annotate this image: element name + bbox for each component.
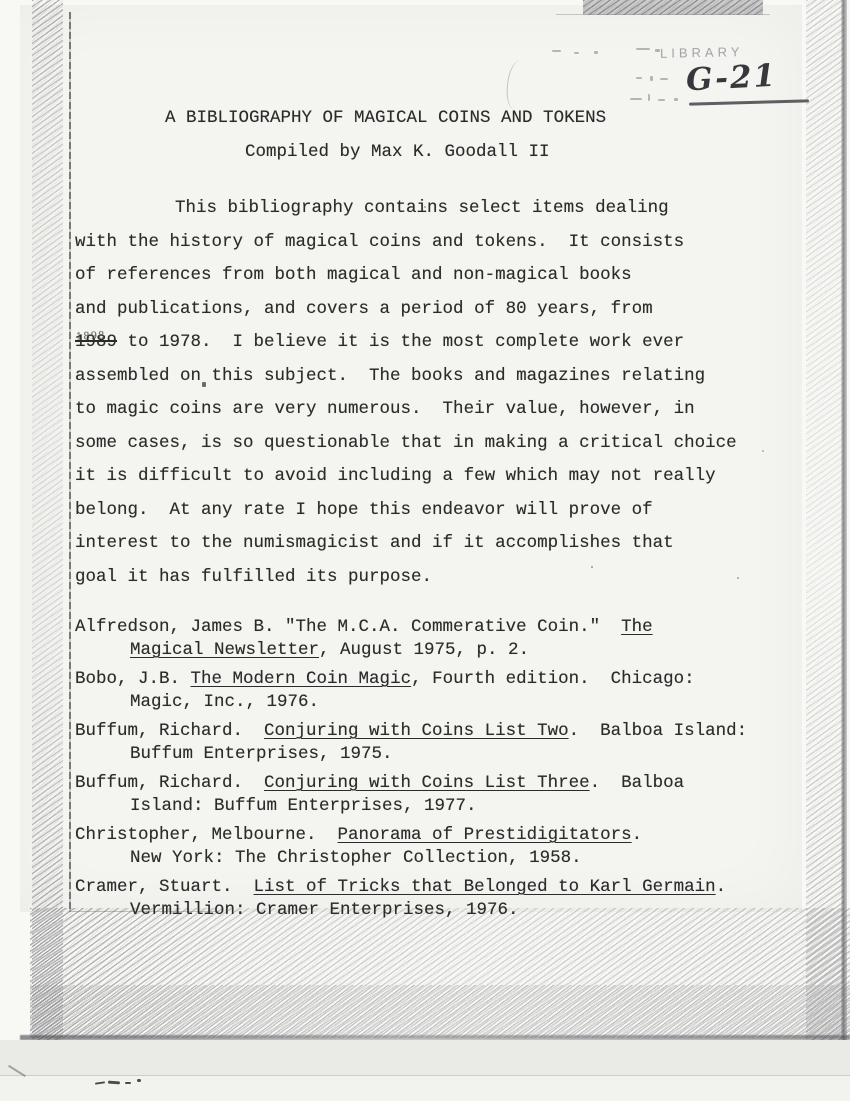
entry-first-line: Alfredson, James B. "The M.C.A. Commerat… [75, 616, 747, 639]
hatch-bottom-dark [30, 985, 850, 1038]
typed-text: , Fourth edition. Chicago: [411, 669, 695, 689]
intro-paragraph: This bibliography contains select items … [75, 192, 747, 594]
bibliography-list: Alfredson, James B. "The M.C.A. Commerat… [75, 616, 747, 922]
typed-text: . [716, 877, 727, 897]
right-edge-line [841, 0, 847, 1043]
underlined-title-text: The Modern Coin Magic [191, 669, 412, 689]
library-stamp-text: LIBRARY [660, 44, 744, 61]
scan-artifact-line [556, 14, 770, 15]
typed-text: belong. At any rate I hope this endeavor… [75, 500, 653, 520]
entry-continuation-line: Island: Buffum Enterprises, 1977. [75, 795, 747, 818]
underlined-title-text: List of Tricks that Belonged to Karl Ger… [254, 877, 716, 897]
underlined-title-text: Magical Newsletter [130, 640, 319, 660]
typed-text: , August 1975, p. 2. [319, 640, 529, 660]
scanned-page: LIBRARY G-21 A BIBLIOGRAPHY OF MAGICAL C… [0, 0, 850, 1101]
entry-continuation-line: Buffum Enterprises, 1975. [75, 743, 747, 766]
bib-entry: Buffum, Richard. Conjuring with Coins Li… [75, 720, 747, 766]
typed-text: Alfredson, James B. "The M.C.A. Commerat… [75, 617, 621, 637]
typed-text: of references from both magical and non-… [75, 265, 632, 285]
document-content: A BIBLIOGRAPHY OF MAGICAL COINS AND TOKE… [75, 108, 747, 928]
typed-text: . [632, 825, 643, 845]
typed-text: Buffum Enterprises, 1975. [130, 744, 393, 764]
underlined-title-text: Conjuring with Coins List Three [264, 773, 590, 793]
typed-text: interest to the numismagicist and if it … [75, 533, 674, 553]
page-crease-line [69, 12, 71, 912]
typed-text: Buffum, Richard. [75, 721, 264, 741]
compiler-line: Compiled by Max K. Goodall II [75, 142, 747, 162]
bib-entry: Alfredson, James B. "The M.C.A. Commerat… [75, 616, 747, 662]
call-number: G-21 [685, 58, 778, 99]
page-title: A BIBLIOGRAPHY OF MAGICAL COINS AND TOKE… [75, 108, 747, 128]
entry-continuation-line: Magic, Inc., 1976. [75, 691, 747, 714]
typed-text: Bobo, J.B. [75, 669, 191, 689]
entry-first-line: Cramer, Stuart. List of Tricks that Belo… [75, 876, 747, 899]
typed-text: to magic coins are very numerous. Their … [75, 399, 695, 419]
intro-line: goal it has fulfilled its purpose. [75, 561, 747, 595]
typed-text: Cramer, Stuart. [75, 877, 254, 897]
typed-text: . Balboa [590, 773, 685, 793]
typed-text: Vermillion: Cramer Enterprises, 1976. [130, 900, 519, 920]
intro-line: some cases, is so questionable that in m… [75, 427, 747, 461]
entry-first-line: Buffum, Richard. Conjuring with Coins Li… [75, 772, 747, 795]
intro-line: and publications, and covers a period of… [75, 293, 747, 327]
underlined-title-text: The [621, 617, 653, 637]
intro-line: of references from both magical and non-… [75, 259, 747, 293]
entry-continuation-line: Magical Newsletter, August 1975, p. 2. [75, 639, 747, 662]
bib-entry: Christopher, Melbourne. Panorama of Pres… [75, 824, 747, 870]
intro-line: with the history of magical coins and to… [75, 226, 747, 260]
handwritten-correction: 1898 [75, 319, 106, 354]
typed-text: with the history of magical coins and to… [75, 232, 684, 252]
hatch-top-patch [583, 0, 763, 15]
intro-line: assembled on this subject. The books and… [75, 360, 747, 394]
intro-line: This bibliography contains select items … [75, 192, 747, 226]
intro-line: interest to the numismagicist and if it … [75, 527, 747, 561]
underlined-title-text: Panorama of Prestidigitators [338, 825, 632, 845]
entry-continuation-line: Vermillion: Cramer Enterprises, 1976. [75, 899, 747, 922]
typed-text: . Balboa Island: [569, 721, 748, 741]
hatch-right-edge [806, 0, 844, 1041]
typed-text: This bibliography contains select items … [175, 198, 669, 218]
typed-text: goal it has fulfilled its purpose. [75, 567, 432, 587]
typed-text: Magic, Inc., 1976. [130, 692, 319, 712]
underlined-title-text: Conjuring with Coins List Two [264, 721, 569, 741]
bib-entry: Buffum, Richard. Conjuring with Coins Li… [75, 772, 747, 818]
typed-text: some cases, is so questionable that in m… [75, 433, 737, 453]
hatch-left-edge [32, 0, 63, 1041]
typed-text: assembled on this subject. The books and… [75, 366, 705, 386]
struck-through-text: 19891898 [75, 332, 117, 352]
bib-entry: Bobo, J.B. The Modern Coin Magic, Fourth… [75, 668, 747, 714]
scanner-squiggle-mark [95, 1079, 155, 1085]
intro-line: it is difficult to avoid including a few… [75, 460, 747, 494]
intro-line: to magic coins are very numerous. Their … [75, 393, 747, 427]
entry-continuation-line: New York: The Christopher Collection, 19… [75, 847, 747, 870]
intro-line: belong. At any rate I hope this endeavor… [75, 494, 747, 528]
typed-text: and publications, and covers a period of… [75, 299, 653, 319]
entry-first-line: Buffum, Richard. Conjuring with Coins Li… [75, 720, 747, 743]
typed-text: it is difficult to avoid including a few… [75, 466, 716, 486]
intro-line: 19891898 to 1978. I believe it is the mo… [75, 326, 747, 360]
entry-first-line: Bobo, J.B. The Modern Coin Magic, Fourth… [75, 668, 747, 691]
typed-text: Island: Buffum Enterprises, 1977. [130, 796, 477, 816]
bib-entry: Cramer, Stuart. List of Tricks that Belo… [75, 876, 747, 922]
typed-text: Buffum, Richard. [75, 773, 264, 793]
typed-text: New York: The Christopher Collection, 19… [130, 848, 582, 868]
scanner-band-upper [0, 1040, 850, 1075]
entry-first-line: Christopher, Melbourne. Panorama of Pres… [75, 824, 747, 847]
typed-text: to 1978. I believe it is the most comple… [117, 332, 684, 352]
typed-text: Christopher, Melbourne. [75, 825, 338, 845]
